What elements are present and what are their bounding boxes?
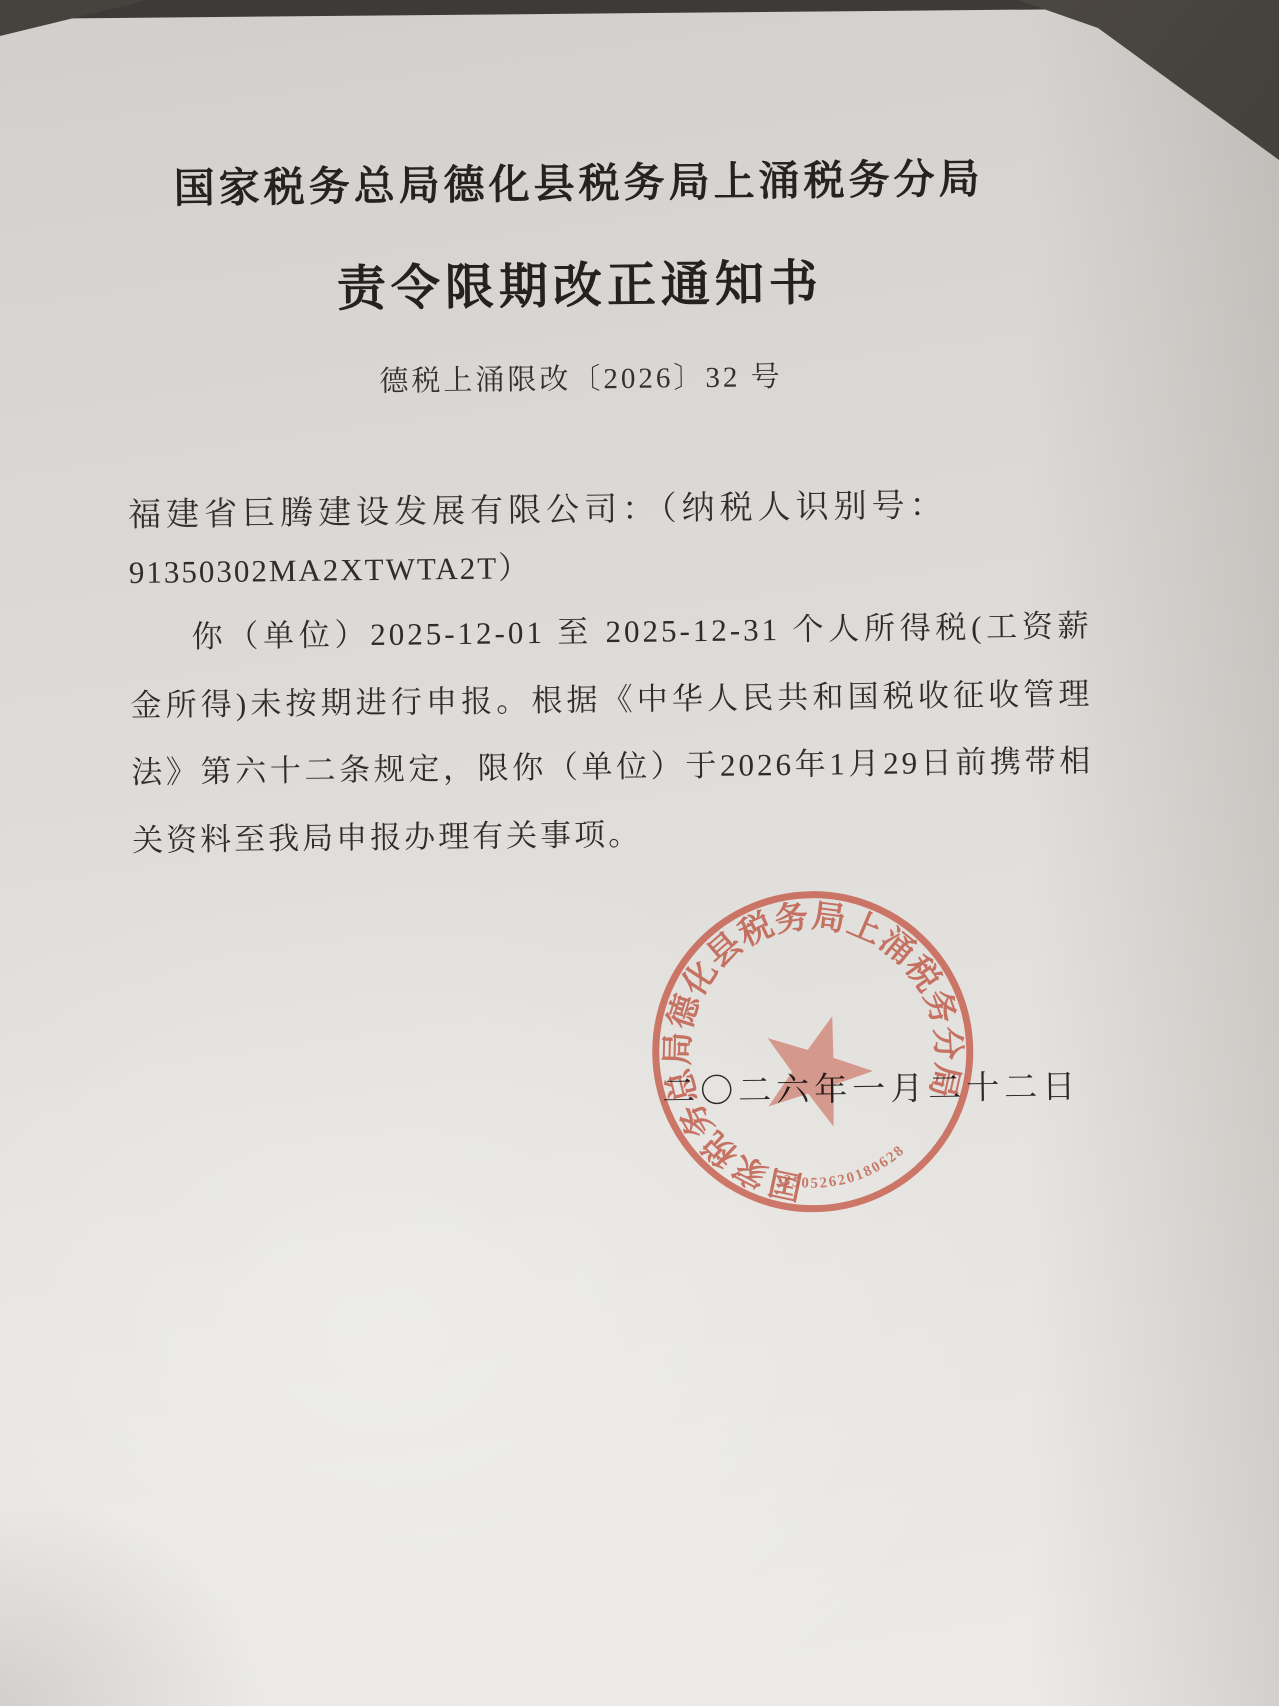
doc-number: 德税上涌限改〔2026〕32 号 — [0, 349, 1164, 404]
official-seal: 国家税务总局德化县税务局上涌税务分局 35052620180628 — [641, 880, 985, 1224]
agency-title: 国家税务总局德化县税务局上涌税务分局 — [0, 143, 1161, 216]
seal-star-icon — [767, 1016, 873, 1128]
notice-title: 责令限期改正通知书 — [0, 240, 1163, 324]
body-paragraph: 你（单位）2025-12-01 至 2025-12-31 个人所得税(工资薪金所… — [129, 592, 1094, 874]
tax-notice-document: 国家税务总局德化县税务局上涌税务分局 责令限期改正通知书 德税上涌限改〔2026… — [0, 0, 1279, 1706]
